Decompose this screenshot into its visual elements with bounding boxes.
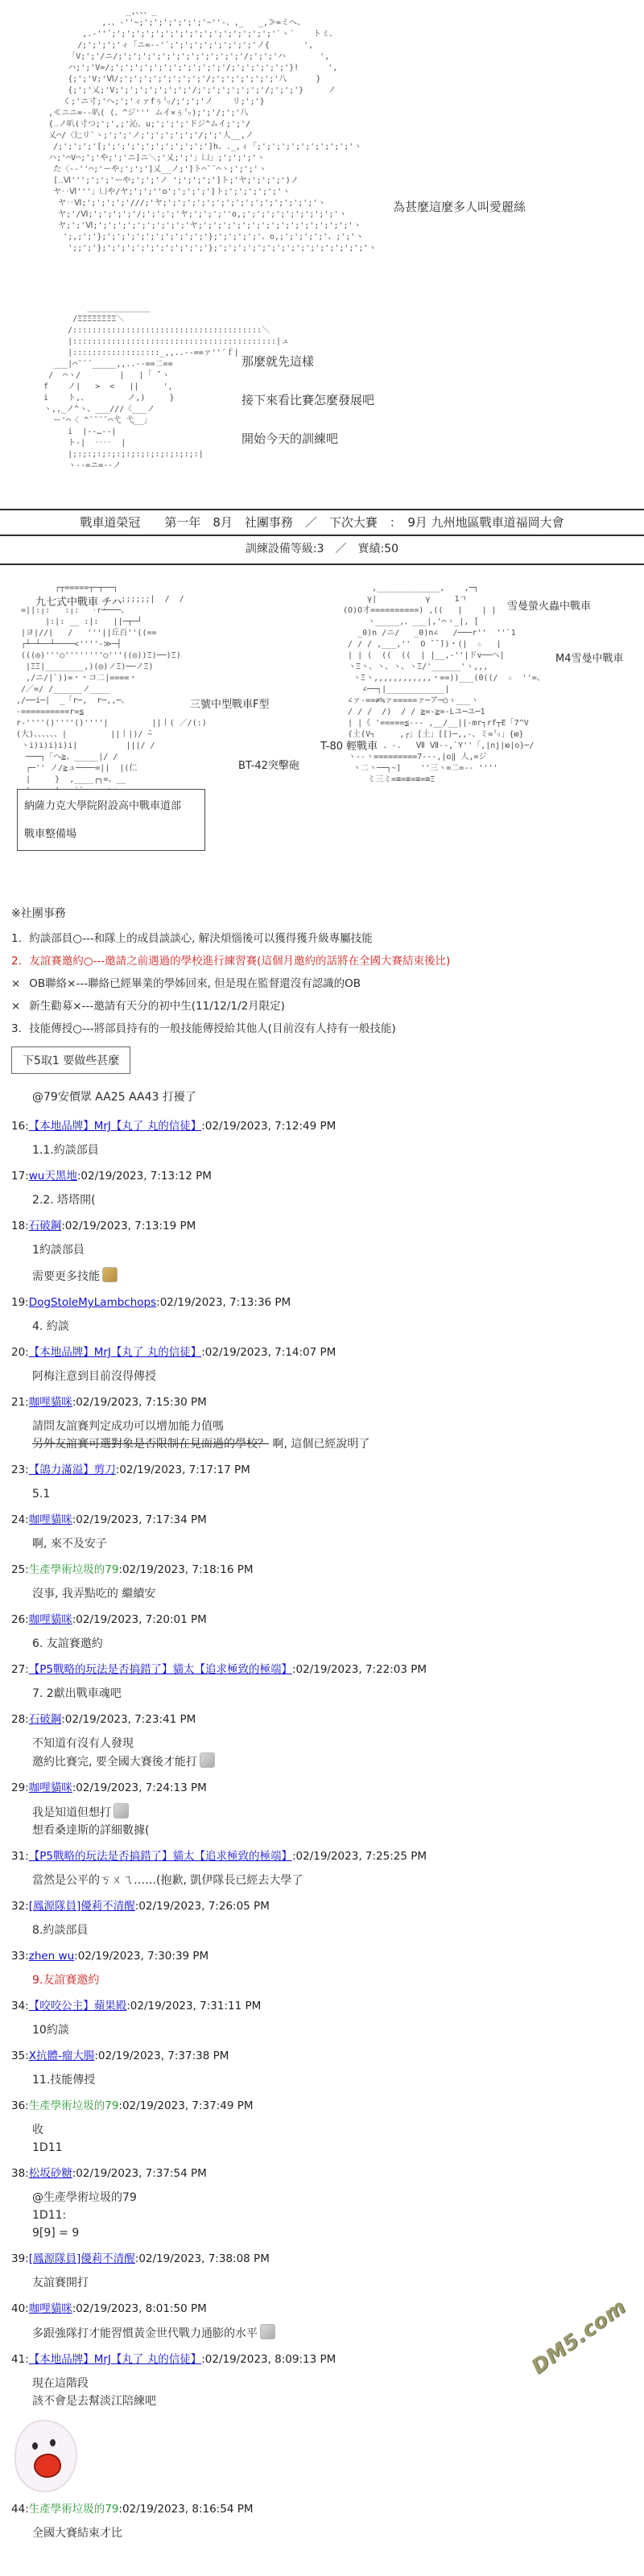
post-timestamp: :02/19/2023, 7:22:03 PM	[292, 1663, 427, 1676]
post-number: 26:	[11, 1613, 29, 1626]
post-author-link[interactable]: 咖哩貓咪	[29, 1781, 72, 1794]
post-number: 29:	[11, 1781, 29, 1794]
club-task-item: × OB聯絡×---聯絡已經畢業的學姊回來, 但是現在監督還沒有認識的OB	[11, 977, 633, 990]
post-line: 另外友誼賽可選對象是否限制在見面過的學校？ 啊, 這個已經說明了	[32, 1435, 644, 1453]
post-body: 11.技能傳授	[32, 2071, 644, 2089]
post-header: 28:石破鋼:02/19/2023, 7:23:41 PM	[11, 1711, 644, 1728]
speech-text: 為甚麼這麼多人叫愛麗絲	[393, 198, 526, 215]
status-header-title: 戰車道榮冠 第一年 8月 社團事務 ／ 下次大賽 ： 9月 九州地區戰車道福岡大…	[0, 514, 644, 530]
post-header: 36:生產學術垃圾的79:02/19/2023, 7:37:49 PM	[11, 2097, 644, 2115]
divider-line	[0, 563, 644, 565]
post-line: 1.1.約談部員	[32, 1141, 644, 1159]
post-line: 7. 2獻出戰車魂吧	[32, 1685, 644, 1703]
post-header: 27:【P5戰略的玩法是否搞錯了】貓太【追求極致的極端】:02/19/2023,…	[11, 1661, 644, 1678]
club-task-mark: ×	[11, 1000, 26, 1013]
post: 36:生產學術垃圾的79:02/19/2023, 7:37:49 PM 收1D1…	[0, 2097, 644, 2157]
post-body: 2.2. 塔塔開(	[32, 1191, 644, 1209]
post-header: 17:wu天黑地:02/19/2023, 7:13:12 PM	[11, 1167, 644, 1185]
thread-page: _,、、、_ ,.、-''~;';';';';';';'~''-、,_ _,≫=…	[0, 0, 644, 2576]
post-body: 8.約談部員	[32, 1922, 644, 1939]
post: 39:[鳳源隊員]優莉不清醒:02/19/2023, 7:38:08 PM 友誼…	[0, 2250, 644, 2292]
post-body: 友誼賽開打	[32, 2274, 644, 2292]
emote-icon	[200, 1752, 215, 1768]
post-author-link[interactable]: 【本地品牌】MrJ【丸了 丸的信徒】	[29, 2353, 201, 2366]
post-number: 44:	[11, 2503, 29, 2516]
post-timestamp: :02/19/2023, 7:31:11 PM	[126, 2000, 261, 2013]
post-author-link[interactable]: 【P5戰略的玩法是否搞錯了】貓太【追求極致的極端】	[29, 1663, 292, 1676]
post-header: 25:生產學術垃圾的79:02/19/2023, 7:18:16 PM	[11, 1561, 644, 1579]
speech-line: 開始今天的訓練吧	[242, 430, 338, 447]
post-body: 4. 約談	[32, 1318, 644, 1335]
post-number: 31:	[11, 1850, 29, 1863]
post: 23:【鴿力滿溢】剪刀:02/19/2023, 7:17:17 PM 5.1	[0, 1461, 644, 1503]
speech-line: 接下來看比賽怎麼發展吧	[242, 391, 374, 408]
post: 29:咖哩貓咪:02/19/2023, 7:24:13 PM 我是知道但想打想看…	[0, 1779, 644, 1839]
post-timestamp: :02/19/2023, 7:14:07 PM	[201, 1346, 336, 1359]
post-timestamp: :02/19/2023, 8:16:54 PM	[118, 2503, 253, 2516]
club-task-text: 約談部員○---和隊上的成員談談心, 解決煩惱後可以獲得獲升級專屬技能	[26, 932, 373, 945]
post-body: 10約談	[32, 2021, 644, 2039]
post-timestamp: :02/19/2023, 7:13:12 PM	[77, 1170, 212, 1183]
post-line: 阿梅注意到目前沒得傳授	[32, 1368, 644, 1385]
blob-sticker-image	[14, 2420, 77, 2492]
post-body: 我是知道但想打想看桑達斯的詳細數據(	[32, 1803, 644, 1839]
garage-name: 戰車整備場	[24, 825, 198, 840]
post-timestamp: :02/19/2023, 7:37:49 PM	[118, 2099, 253, 2112]
post-author-link[interactable]: 【本地品牌】MrJ【丸了 丸的信徒】	[29, 1120, 201, 1133]
post-number: 16:	[11, 1120, 29, 1133]
post-line: 請問友誼賽判定成功可以增加能力值嗎	[32, 1418, 644, 1435]
post-line: 邀約比賽完, 要全國大賽後才能打	[32, 1752, 644, 1771]
post-line: 1約談部員	[32, 1241, 644, 1259]
post-author-link[interactable]: 石破鋼	[29, 1713, 62, 1726]
post-author-link[interactable]: 【本地品牌】MrJ【丸了 丸的信徒】	[29, 1346, 201, 1359]
post-body: 1約談部員需要更多技能	[32, 1241, 644, 1286]
post-timestamp: :02/19/2023, 7:30:39 PM	[74, 1950, 208, 1963]
post-number: 34:	[11, 2000, 29, 2013]
post: 40:咖哩貓咪:02/19/2023, 8:01:50 PM 多跟強隊打才能習慣…	[0, 2300, 644, 2343]
post-author-link[interactable]: 石破鋼	[29, 1220, 62, 1232]
post-line: 9.友誼賽邀約	[32, 1971, 644, 1989]
club-task-text: 技能傳授○---將部員持有的一般技能傳授給其他人(目前沒有人持有一般技能)	[26, 1022, 396, 1035]
post-author-link[interactable]: 【P5戰略的玩法是否搞錯了】貓太【追求極致的極端】	[29, 1850, 292, 1863]
post-body: 不知道有沒有人發現邀約比賽完, 要全國大賽後才能打	[32, 1735, 644, 1771]
post: 25:生產學術垃圾的79:02/19/2023, 7:18:16 PM 沒事, …	[0, 1561, 644, 1603]
post-number: 20:	[11, 1346, 29, 1359]
tank-label: 三號中型戰車F型	[190, 696, 269, 711]
post-header: 24:咖哩貓咪:02/19/2023, 7:17:34 PM	[11, 1511, 644, 1529]
post-line: 11.技能傳授	[32, 2071, 644, 2089]
post-number: 27:	[11, 1663, 29, 1676]
post: 16:【本地品牌】MrJ【丸了 丸的信徒】:02/19/2023, 7:12:4…	[0, 1117, 644, 1159]
club-task-item: 1. 約談部員○---和隊上的成員談談心, 解決煩惱後可以獲得獲升級專屬技能	[11, 932, 633, 945]
tank-label: T-80 輕戰車	[320, 737, 378, 753]
post-author-link[interactable]: zhen wu	[29, 1950, 74, 1963]
post-body: 請問友誼賽判定成功可以增加能力值嗎另外友誼賽可選對象是否限制在見面過的學校？ 啊…	[32, 1418, 644, 1453]
post-number: 35:	[11, 2050, 29, 2062]
post-body: 1.1.約談部員	[32, 1141, 644, 1159]
club-tasks-section: ※社團事務 1. 約談部員○---和隊上的成員談談心, 解決煩惱後可以獲得獲升級…	[11, 905, 633, 1045]
post-timestamp: :02/19/2023, 7:17:17 PM	[116, 1463, 250, 1476]
post-line: 友誼賽開打	[32, 2274, 644, 2292]
post-number: 18:	[11, 1220, 29, 1232]
post-header: 40:咖哩貓咪:02/19/2023, 8:01:50 PM	[11, 2300, 644, 2318]
post-number: 38:	[11, 2167, 29, 2180]
post-timestamp: :02/19/2023, 7:13:36 PM	[156, 1296, 291, 1309]
post-line: 多跟強隊打才能習慣黃金世代戰力通膨的水平	[32, 2324, 644, 2343]
post-number: 39:	[11, 2252, 29, 2265]
post-body: 6. 友誼賽邀約	[32, 1635, 644, 1653]
post-line: 4. 約談	[32, 1318, 644, 1335]
post-number: 40:	[11, 2302, 29, 2315]
post-body: 9.友誼賽邀約	[32, 1971, 644, 1989]
post-header: 19:DogStoleMyLambchops:02/19/2023, 7:13:…	[11, 1294, 644, 1311]
status-header-stats: 訓練設備等級:3 ／ 實績:50	[0, 540, 644, 556]
post: 20:【本地品牌】MrJ【丸了 丸的信徒】:02/19/2023, 7:14:0…	[0, 1344, 644, 1385]
school-club-name: 納薩力克大學院附設高中戰車道部	[24, 797, 198, 812]
post-author-link[interactable]: 【咬咬公主】蘋果殿	[29, 2000, 127, 2013]
post-line: 該不會是去幫淡江陪練吧	[32, 2392, 644, 2410]
post-author-link[interactable]: 生產學術垃圾的79	[29, 1563, 119, 1576]
post-author-link[interactable]: 【鴿力滿溢】剪刀	[29, 1463, 116, 1476]
post-header: 31:【P5戰略的玩法是否搞錯了】貓太【追求極致的極端】:02/19/2023,…	[11, 1847, 644, 1865]
post-body: 啊, 來不及安子	[32, 1535, 644, 1553]
divider-line	[0, 535, 644, 536]
post-line: 當然是公平的ㄎㄨㄟ……(抱歉, 凱伊隊長已經去大學了	[32, 1872, 644, 1889]
post-number: 24:	[11, 1513, 29, 1526]
sticker-mouth	[32, 2452, 63, 2479]
post-line: 想看桑達斯的詳細數據(	[32, 1822, 644, 1839]
club-task-mark: 3.	[11, 1022, 26, 1035]
post: 32:[鳳源隊員]優莉不清醒:02/19/2023, 7:26:05 PM 8.…	[0, 1897, 644, 1939]
post-body: 現在這階段該不會是去幫淡江陪練吧	[32, 2375, 644, 2492]
club-task-mark: 1.	[11, 932, 26, 945]
post-number: 21:	[11, 1396, 29, 1409]
post-body: 多跟強隊打才能習慣黃金世代戰力通膨的水平	[32, 2324, 644, 2343]
post: 34:【咬咬公主】蘋果殿:02/19/2023, 7:31:11 PM 10約談	[0, 1997, 644, 2039]
post-author-link[interactable]: X抗體-瘤大腸	[29, 2050, 95, 2062]
post-header: 34:【咬咬公主】蘋果殿:02/19/2023, 7:31:11 PM	[11, 1997, 644, 2015]
post: 31:【P5戰略的玩法是否搞錯了】貓太【追求極致的極端】:02/19/2023,…	[0, 1847, 644, 1889]
post-body: 當然是公平的ㄎㄨㄟ……(抱歉, 凱伊隊長已經去大學了	[32, 1872, 644, 1889]
post-timestamp: :02/19/2023, 7:25:25 PM	[292, 1850, 427, 1863]
post: 19:DogStoleMyLambchops:02/19/2023, 7:13:…	[0, 1294, 644, 1335]
post-header: 32:[鳳源隊員]優莉不清醒:02/19/2023, 7:26:05 PM	[11, 1897, 644, 1915]
post-author-link[interactable]: 生產學術垃圾的79	[29, 2503, 119, 2516]
divider-line	[0, 509, 644, 510]
post-author-link[interactable]: 咖哩貓咪	[29, 1396, 72, 1409]
post: 24:咖哩貓咪:02/19/2023, 7:17:34 PM 啊, 來不及安子	[0, 1511, 644, 1553]
post-line: 沒事, 我弄點吃的 繼續安	[32, 1585, 644, 1603]
post-line: 收	[32, 2121, 644, 2139]
post-number: 32:	[11, 1900, 29, 1913]
post-header: 35:X抗體-瘤大腸:02/19/2023, 7:37:38 PM	[11, 2047, 644, 2065]
post-number: 41:	[11, 2353, 29, 2366]
post-body: 7. 2獻出戰車魂吧	[32, 1685, 644, 1703]
ascii-art-character: _,、、、_ ,.、-''~;';';';';';';'~''-、,_ _,≫=…	[19, 6, 376, 254]
post-line: 我是知道但想打	[32, 1803, 644, 1822]
post-body: 沒事, 我弄點吃的 繼續安	[32, 1585, 644, 1603]
post-header: 20:【本地品牌】MrJ【丸了 丸的信徒】:02/19/2023, 7:14:0…	[11, 1344, 644, 1361]
post-line: 1D11	[32, 2139, 644, 2157]
post-timestamp: :02/19/2023, 7:18:16 PM	[118, 1563, 253, 1576]
speech-line: 那麼就先這樣	[242, 353, 314, 369]
post-timestamp: :02/19/2023, 7:24:13 PM	[72, 1781, 207, 1794]
post-line: 8.約談部員	[32, 1922, 644, 1939]
sticker-eye	[50, 2439, 56, 2446]
post-line: 需要更多技能	[32, 1267, 644, 1286]
strikethrough-text: 另外友誼賽可選對象是否限制在見面過的學校？	[32, 1438, 269, 1451]
post-body: @生產學術垃圾的791D11:9[9] = 9	[32, 2189, 644, 2242]
vote-prompt-box: 下5取1 要做些甚麼	[11, 1046, 130, 1074]
club-task-mark: 2.	[11, 955, 26, 968]
thread-intro-line: @79安價眾 AA25 AA43 打擾了	[32, 1088, 196, 1104]
post: 44:生產學術垃圾的79:02/19/2023, 8:16:54 PM 全國大賽…	[0, 2500, 644, 2542]
post-author-link[interactable]: DogStoleMyLambchops	[29, 1296, 156, 1309]
ascii-art-tanks-right: ,_____________, ,─┐ γ| γ 1ㄱ (O)O才=======…	[338, 583, 545, 786]
tank-garage-ascii-section: ┌┬=====┬─┬──┐ ヽ|;;;;;;;;;;;;;;;;;| / / =…	[0, 573, 644, 905]
post-line: 啊, 來不及安子	[32, 1535, 644, 1553]
post-list: 16:【本地品牌】MrJ【丸了 丸的信徒】:02/19/2023, 7:12:4…	[0, 1117, 644, 2550]
post-author-link[interactable]: 松坂砂糖	[29, 2167, 72, 2180]
post-line: 10約談	[32, 2021, 644, 2039]
post-number: 19:	[11, 1296, 29, 1309]
post-body: 5.1	[32, 1485, 644, 1503]
post-number: 28:	[11, 1713, 29, 1726]
club-task-text: 新生勸募×---邀請有天分的初中生(11/12/1/2月限定)	[26, 1000, 285, 1013]
emote-icon	[114, 1803, 129, 1818]
post-timestamp: :02/19/2023, 7:20:01 PM	[72, 1613, 207, 1626]
post-header: 16:【本地品牌】MrJ【丸了 丸的信徒】:02/19/2023, 7:12:4…	[11, 1117, 644, 1135]
club-task-text: 友誼賽邀約○---邀請之前遇過的學校進行練習賽(這個月邀約的話將在全國大賽結束後…	[26, 955, 450, 968]
post-author-link[interactable]: wu天黑地	[29, 1170, 77, 1183]
tank-label: 九七式中戰車 チハ	[35, 593, 122, 609]
post-line: 1D11:	[32, 2207, 644, 2224]
post-author-link[interactable]: [鳳源隊員]優莉不清醒	[29, 1900, 135, 1913]
post-number: 36:	[11, 2099, 29, 2112]
club-task-item: × 新生勸募×---邀請有天分的初中生(11/12/1/2月限定)	[11, 1000, 633, 1013]
post-timestamp: :02/19/2023, 7:17:34 PM	[72, 1513, 207, 1526]
post: 35:X抗體-瘤大腸:02/19/2023, 7:37:38 PM 11.技能傳…	[0, 2047, 644, 2089]
post-line: 6. 友誼賽邀約	[32, 1635, 644, 1653]
post-number: 17:	[11, 1170, 29, 1183]
tank-label: BT-42突擊砲	[238, 757, 299, 772]
post-line: 9[9] = 9	[32, 2224, 644, 2242]
post-timestamp: :02/19/2023, 7:13:19 PM	[61, 1220, 196, 1232]
post-header: 23:【鴿力滿溢】剪刀:02/19/2023, 7:17:17 PM	[11, 1461, 644, 1479]
post-header: 44:生產學術垃圾的79:02/19/2023, 8:16:54 PM	[11, 2500, 644, 2518]
post-header: 39:[鳳源隊員]優莉不清醒:02/19/2023, 7:38:08 PM	[11, 2250, 644, 2268]
post-header: 29:咖哩貓咪:02/19/2023, 7:24:13 PM	[11, 1779, 644, 1797]
club-task-mark: ×	[11, 977, 26, 990]
post: 38:松坂砂糖:02/19/2023, 7:37:54 PM @生產學術垃圾的7…	[0, 2165, 644, 2242]
club-task-item: 3. 技能傳授○---將部員持有的一般技能傳授給其他人(目前沒有人持有一般技能)	[11, 1022, 633, 1035]
post-header: 26:咖哩貓咪:02/19/2023, 7:20:01 PM	[11, 1611, 644, 1629]
post-author-link[interactable]: 生產學術垃圾的79	[29, 2099, 119, 2112]
post-author-link[interactable]: 咖哩貓咪	[29, 2302, 72, 2315]
post: 21:咖哩貓咪:02/19/2023, 7:15:30 PM 請問友誼賽判定成功…	[0, 1393, 644, 1453]
post-line: 全國大賽結束才比	[32, 2524, 644, 2542]
club-task-item: 2. 友誼賽邀約○---邀請之前遇過的學校進行練習賽(這個月邀約的話將在全國大賽…	[11, 955, 633, 968]
post-timestamp: :02/19/2023, 7:26:05 PM	[135, 1900, 270, 1913]
post-timestamp: :02/19/2023, 7:12:49 PM	[201, 1120, 336, 1133]
post: 26:咖哩貓咪:02/19/2023, 7:20:01 PM 6. 友誼賽邀約	[0, 1611, 644, 1653]
post: 27:【P5戰略的玩法是否搞錯了】貓太【追求極致的極端】:02/19/2023,…	[0, 1661, 644, 1703]
post-author-link[interactable]: 咖哩貓咪	[29, 1513, 72, 1526]
post-timestamp: :02/19/2023, 8:01:50 PM	[72, 2302, 207, 2315]
post-body: 全國大賽結束才比	[32, 2524, 644, 2542]
post-line: 2.2. 塔塔開(	[32, 1191, 644, 1209]
post-timestamp: :02/19/2023, 7:37:38 PM	[94, 2050, 229, 2062]
post-timestamp: :02/19/2023, 7:38:08 PM	[135, 2252, 270, 2265]
post-line: 現在這階段	[32, 2375, 644, 2392]
post-body: 收1D11	[32, 2121, 644, 2157]
post-header: 33:zhen wu:02/19/2023, 7:30:39 PM	[11, 1947, 644, 1965]
tank-label: 雪曼螢火蟲中戰車	[507, 597, 591, 613]
post-header: 38:松坂砂糖:02/19/2023, 7:37:54 PM	[11, 2165, 644, 2182]
post-header: 21:咖哩貓咪:02/19/2023, 7:15:30 PM	[11, 1393, 644, 1411]
post-body: 阿梅注意到目前沒得傳授	[32, 1368, 644, 1385]
club-task-text: OB聯絡×---聯絡已經畢業的學姊回來, 但是現在監督還沒有認識的OB	[26, 977, 361, 990]
post-author-link[interactable]: 咖哩貓咪	[29, 1613, 72, 1626]
post-line: @生產學術垃圾的79	[32, 2189, 644, 2207]
post-timestamp: :02/19/2023, 7:23:41 PM	[61, 1713, 196, 1726]
tank-label: M4雪曼中戰車	[555, 650, 624, 665]
post-header: 18:石破鋼:02/19/2023, 7:13:19 PM	[11, 1217, 644, 1235]
post-line: 不知道有沒有人發現	[32, 1735, 644, 1752]
post: 17:wu天黑地:02/19/2023, 7:13:12 PM 2.2. 塔塔開…	[0, 1167, 644, 1209]
post-number: 33:	[11, 1950, 29, 1963]
emote-icon	[102, 1267, 118, 1282]
post-timestamp: :02/19/2023, 8:09:13 PM	[201, 2353, 336, 2366]
post: 18:石破鋼:02/19/2023, 7:13:19 PM 1約談部員需要更多技…	[0, 1217, 644, 1286]
post-timestamp: :02/19/2023, 7:15:30 PM	[72, 1396, 207, 1409]
post: 28:石破鋼:02/19/2023, 7:23:41 PM 不知道有沒有人發現邀…	[0, 1711, 644, 1771]
emote-icon	[260, 2324, 275, 2339]
garage-info-box: 納薩力克大學院附設高中戰車道部 戰車整備場	[17, 789, 205, 851]
sticker-eye	[32, 2442, 38, 2450]
club-tasks-heading: ※社團事務	[11, 905, 633, 921]
post-line: 5.1	[32, 1485, 644, 1503]
post: 33:zhen wu:02/19/2023, 7:30:39 PM 9.友誼賽邀…	[0, 1947, 644, 1989]
post-number: 23:	[11, 1463, 29, 1476]
post-author-link[interactable]: [鳳源隊員]優莉不清醒	[29, 2252, 135, 2265]
post-timestamp: :02/19/2023, 7:37:54 PM	[72, 2167, 207, 2180]
post-number: 25:	[11, 1563, 29, 1576]
